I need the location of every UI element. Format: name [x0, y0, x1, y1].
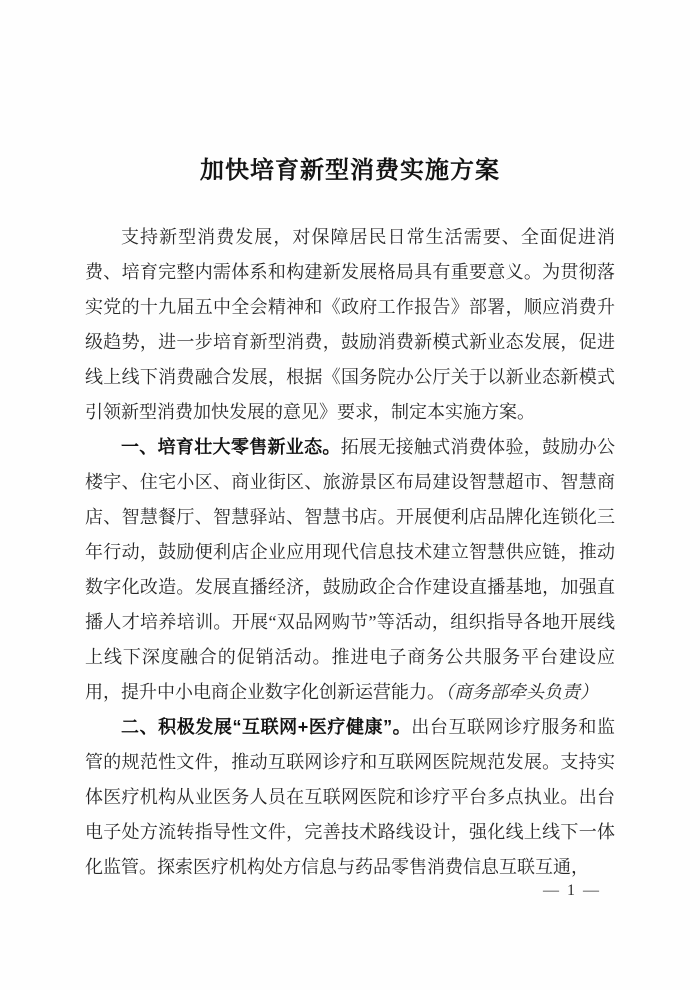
- paragraph-intro: 支持新型消费发展，对保障居民日常生活需要、全面促进消费、培育完整内需体系和构建新…: [85, 220, 615, 430]
- paragraph-section-1: 一、培育壮大零售新业态。拓展无接触式消费体验，鼓励办公楼宇、住宅小区、商业街区、…: [85, 430, 615, 710]
- section-1-responsible-dept: （商务部牵头负责）: [445, 682, 598, 702]
- section-1-heading: 一、培育壮大零售新业态。: [121, 437, 341, 457]
- document-title: 加快培育新型消费实施方案: [0, 150, 700, 185]
- section-2-text: 出台互联网诊疗服务和监管的规范性文件，推动互联网诊疗和互联网医院规范发展。支持实…: [85, 717, 615, 877]
- intro-text: 支持新型消费发展，对保障居民日常生活需要、全面促进消费、培育完整内需体系和构建新…: [85, 227, 615, 422]
- paragraph-section-2: 二、积极发展“互联网+医疗健康”。出台互联网诊疗服务和监管的规范性文件，推动互联…: [85, 710, 615, 885]
- document-page: 加快培育新型消费实施方案 支持新型消费发展，对保障居民日常生活需要、全面促进消费…: [0, 0, 700, 990]
- page-number: — 1 —: [543, 882, 601, 900]
- section-2-heading: 二、积极发展“互联网+医疗健康”。: [121, 717, 411, 737]
- section-1-text: 拓展无接触式消费体验，鼓励办公楼宇、住宅小区、商业街区、旅游景区布局建设智慧超市…: [85, 437, 615, 702]
- document-body: 支持新型消费发展，对保障居民日常生活需要、全面促进消费、培育完整内需体系和构建新…: [85, 220, 615, 885]
